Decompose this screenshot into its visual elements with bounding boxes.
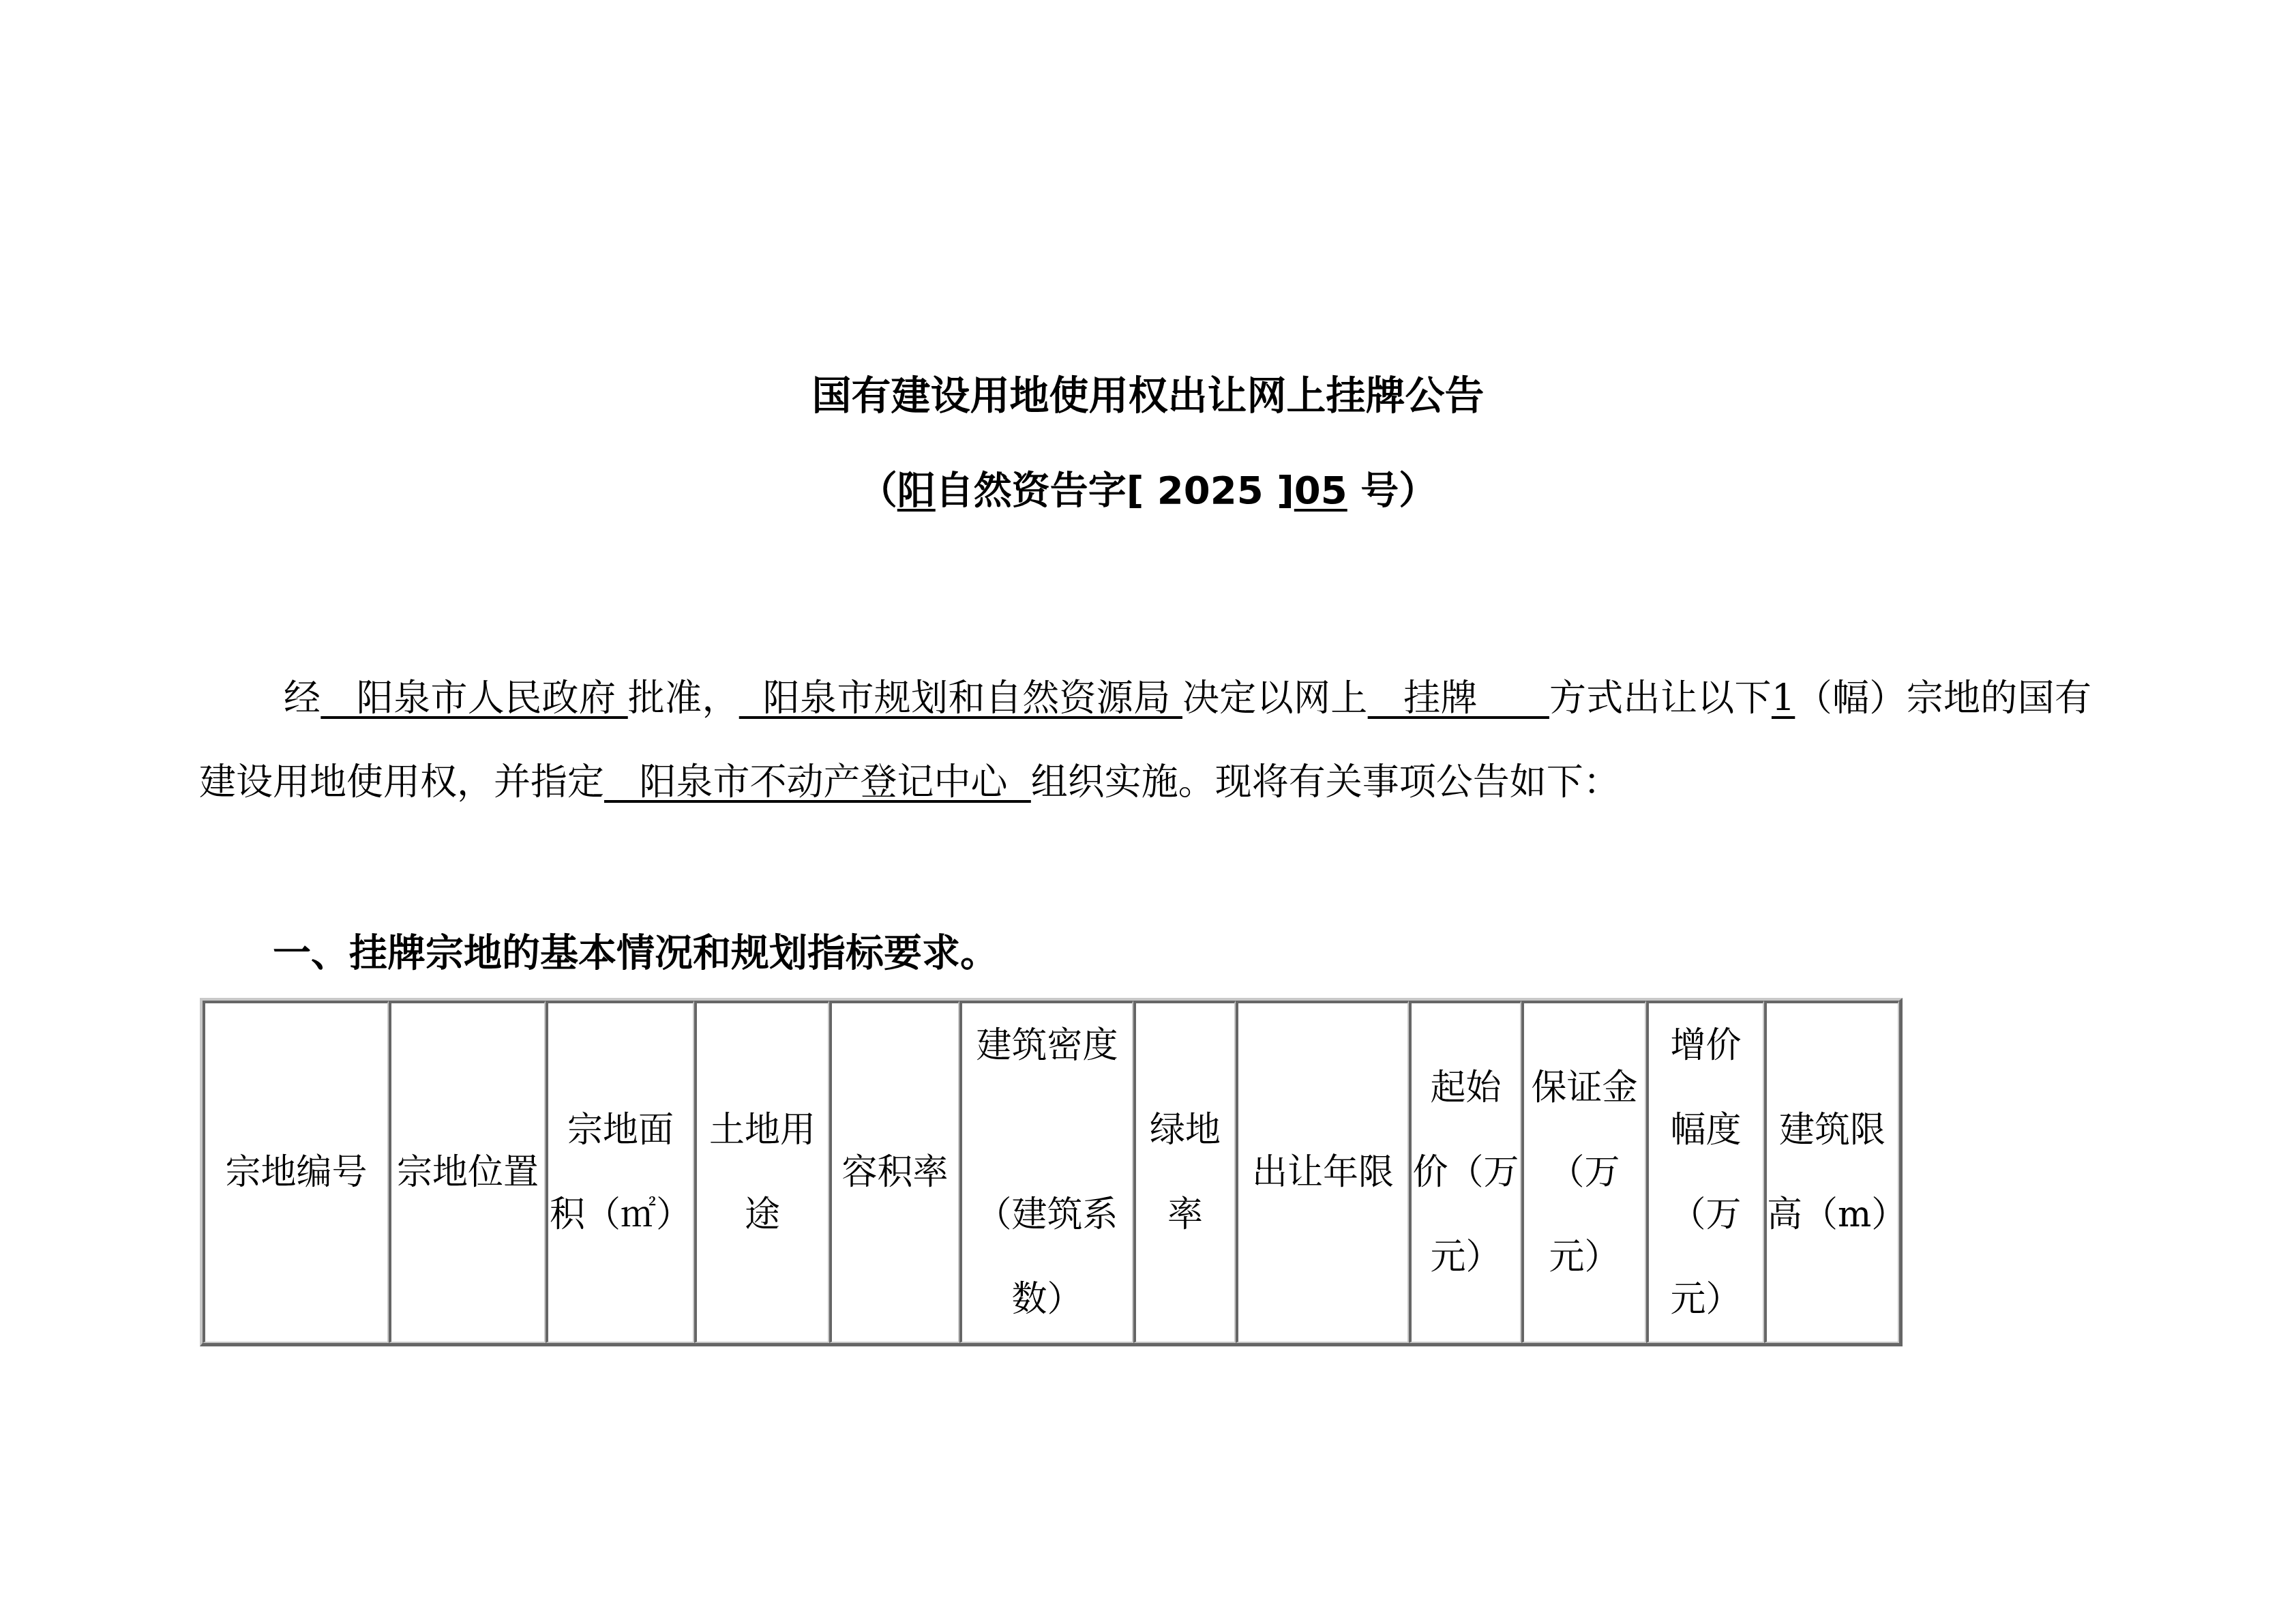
doc-number-suffix: 号） xyxy=(1347,469,1437,513)
organizer-field: 阳泉市不动产登记中心 xyxy=(604,761,1031,803)
document-page: 国有建设用地使用权出让网上挂牌公告 （阳自然资告字[ 2025 ]05 号） 经… xyxy=(0,0,2296,1624)
header-building-density: 建筑密度（建筑系数） xyxy=(959,1001,1133,1343)
intro-paragraph: 经 阳泉市人民政府 批准， 阳泉市规划和自然资源局 决定以网上 挂牌 方式出让以… xyxy=(199,656,2091,824)
intro-text-1: 经 xyxy=(284,677,320,720)
doc-number-prefix-underlined: 阳 xyxy=(897,469,936,513)
intro-text-4: 方式出让以下 xyxy=(1549,677,1772,720)
doc-number-open-paren: （ xyxy=(859,469,897,513)
approver-field: 阳泉市人民政府 xyxy=(320,677,627,720)
header-parcel-area: 宗地面积（㎡） xyxy=(546,1001,694,1343)
doc-number-prefix: 自然资告字[ 2025 ] xyxy=(936,469,1294,513)
header-parcel-id: 宗地编号 xyxy=(203,1001,389,1343)
intro-text-2: 批准， xyxy=(628,677,739,720)
section-heading: 一、挂牌宗地的基本情况和规划指标要求。 xyxy=(273,926,998,981)
header-parcel-location: 宗地位置 xyxy=(389,1001,546,1343)
doc-number-value: 05 xyxy=(1294,469,1347,513)
header-green-ratio: 绿地率 xyxy=(1133,1001,1236,1343)
header-starting-price: 起始价（万元） xyxy=(1409,1001,1521,1343)
table-header-row: 宗地编号 宗地位置 宗地面积（㎡） 土地用途 容积率 建筑密度（建筑系数） 绿地… xyxy=(203,1001,1899,1343)
header-plot-ratio: 容积率 xyxy=(829,1001,959,1343)
header-height-limit: 建筑限高（m） xyxy=(1764,1001,1899,1343)
page-title: 国有建设用地使用权出让网上挂牌公告 xyxy=(0,368,2296,423)
parcel-table: 宗地编号 宗地位置 宗地面积（㎡） 土地用途 容积率 建筑密度（建筑系数） 绿地… xyxy=(200,998,1903,1346)
header-deposit: 保证金（万元） xyxy=(1521,1001,1646,1343)
parcel-count-field: 1 xyxy=(1772,677,1795,720)
document-number: （阳自然资告字[ 2025 ]05 号） xyxy=(0,464,2296,518)
header-lease-term: 出让年限 xyxy=(1236,1001,1409,1343)
method-field: 挂牌 xyxy=(1368,677,1549,720)
issuer-field: 阳泉市规划和自然资源局 xyxy=(739,677,1182,720)
intro-text-6: 组织实施。现将有关事项公告如下： xyxy=(1031,761,1620,803)
intro-text-3: 决定以网上 xyxy=(1182,677,1368,720)
header-bid-increment: 增价幅度（万元） xyxy=(1646,1001,1764,1343)
header-land-use: 土地用途 xyxy=(694,1001,829,1343)
